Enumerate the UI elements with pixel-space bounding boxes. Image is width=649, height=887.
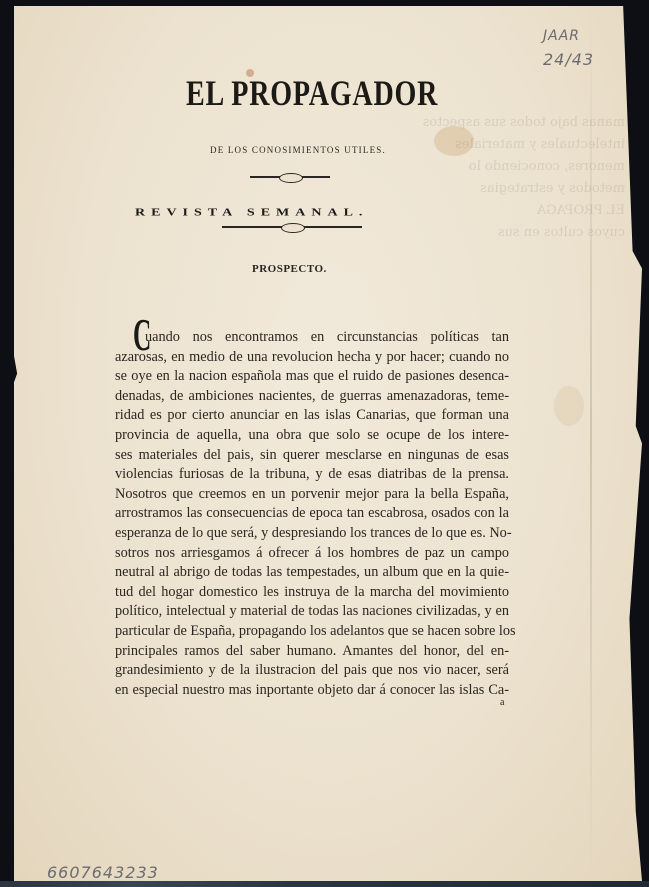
- text-line: ses materiales del pais, sin querer mesc…: [115, 446, 509, 466]
- text-line: uando nos encontramos en circunstancias …: [115, 328, 509, 348]
- text-line: ridad es por cierto anunciar en las isla…: [115, 406, 509, 426]
- pencil-catalog-number: 6607643233: [47, 863, 159, 882]
- prospecto-heading: PROSPECTO.: [252, 263, 327, 275]
- text-line: neutral al abrigo de todas las tempestad…: [115, 563, 509, 583]
- text-line: denadas, de ambiciones nacientes, de gue…: [115, 387, 509, 407]
- text-line: grandesimiento y de la ilustracion del p…: [115, 661, 509, 681]
- text-line: político, intelectual y material de toda…: [115, 602, 509, 622]
- ornament-knot-icon: [279, 173, 303, 183]
- section-title: REVISTA SEMANAL.: [135, 207, 368, 219]
- text-line: arrostramos las consecuencias de epoca t…: [115, 504, 509, 524]
- foxing-stain: [434, 126, 474, 156]
- body-paragraph: uando nos encontramos en circunstancias …: [115, 328, 509, 700]
- text-line: tud del hogar domestico les instruya de …: [115, 583, 509, 603]
- pencil-note-jaar: JAAR: [543, 28, 580, 44]
- text-line: se oye en la nacion española mas que el …: [115, 367, 509, 387]
- text-line: principales ramos del saber humano. Aman…: [115, 642, 509, 662]
- divider-ornament: [250, 176, 330, 178]
- text-line: particular de España, propagando los ade…: [115, 622, 509, 642]
- foxing-stain: [554, 386, 584, 426]
- text-line: esperanza de lo que será, y despresiando…: [115, 524, 509, 544]
- paper-fold-crease: [590, 10, 592, 880]
- masthead-subtitle: DE LOS CONOSIMIENTOS UTILES.: [210, 145, 386, 155]
- text-line: azarosas, en medio de una revolucion hec…: [115, 348, 509, 368]
- text-line: sotros nos arriesgamos á ofrecer á los h…: [115, 544, 509, 564]
- divider-ornament: [222, 226, 362, 228]
- text-line: en especial nuestro mas inportante objet…: [115, 681, 509, 701]
- catchword: a: [500, 697, 504, 708]
- text-line: Nosotros que creemos en un porvenir mejo…: [115, 485, 509, 505]
- text-line: violencias furiosas de la tribuna, y de …: [115, 465, 509, 485]
- scan-bottom-edge: [0, 881, 649, 887]
- pencil-note-date: 24/43: [543, 50, 594, 69]
- ornament-knot-icon: [281, 223, 305, 233]
- text-line: provincia de aquella, una obra que solo …: [115, 426, 509, 446]
- masthead-title: EL PROPAGADOR: [186, 72, 336, 114]
